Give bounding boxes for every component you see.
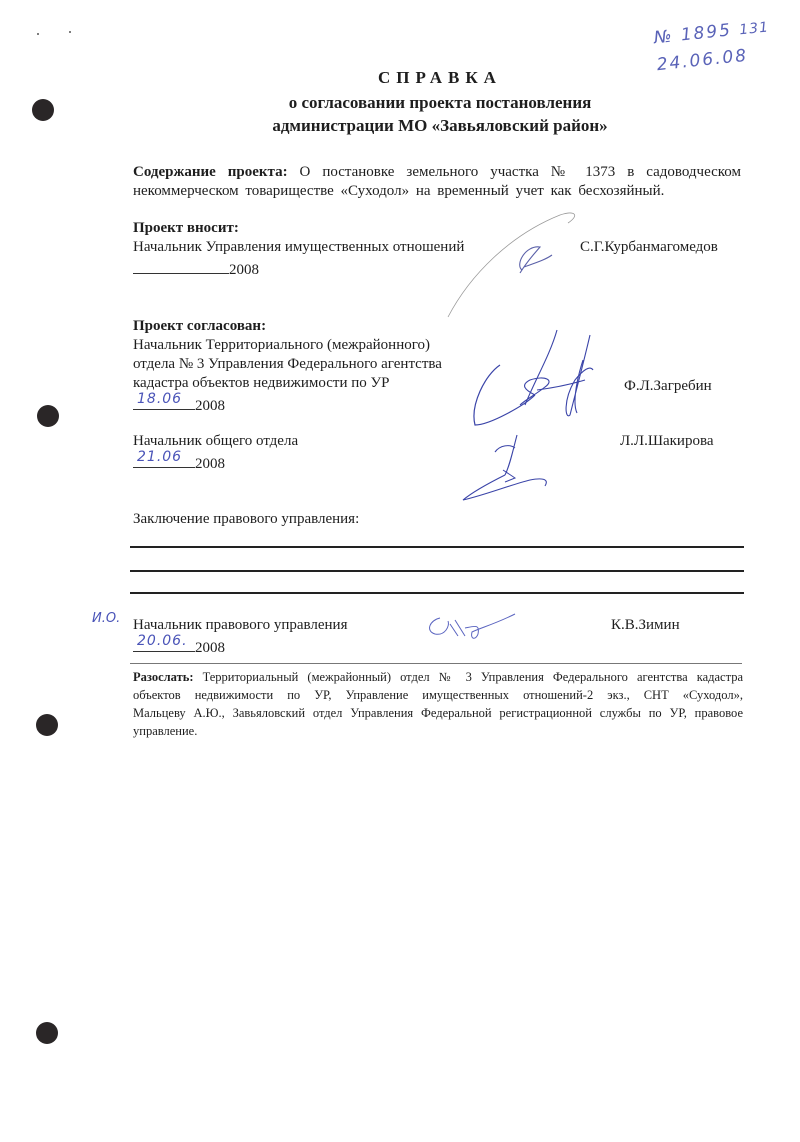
reg-sub-number: 131 [739,19,770,38]
legal-head-date: 20.06.2008 [133,635,225,658]
project-content-label: Содержание проекта: [133,164,288,180]
signature-shakirova [455,430,565,510]
submitted-by-name: С.Г.Курбанмагомедов [580,238,718,257]
project-content-line1: О постановке земельного участка № 1373 в… [300,164,741,180]
punch-hole [36,714,58,736]
signature-kurbanmagomedov [440,205,590,325]
scan-speck [37,33,39,35]
blank-line [130,570,744,572]
date-year: 2008 [195,456,225,472]
scan-speck [69,31,71,33]
approved-label: Проект согласован: [133,317,266,336]
blank-line [130,546,744,548]
approver2-name: Л.Л.Шакирова [620,432,714,451]
punch-hole [36,1022,58,1044]
date-blank: 18.06 [133,393,195,410]
acting-margin-note: И.О. [92,611,120,626]
document-heading: СПРАВКА [0,68,800,88]
approver2-date: 21.062008 [133,451,225,474]
document-subtitle-line1: о согласовании проекта постановления [0,93,800,113]
legal-conclusion-label: Заключение правового управления: [133,510,359,529]
punch-hole [37,405,59,427]
document-subtitle-line2: администрации МО «Завьяловский район» [0,116,800,136]
project-content: Содержание проекта: О постановке земельн… [133,163,741,182]
date-year: 2008 [195,398,225,414]
date-year: 2008 [195,640,225,656]
date-year: 2008 [229,262,259,278]
submitted-by-date: 2008 [133,257,259,280]
date-blank: 20.06. [133,635,195,652]
approver1-date: 18.062008 [133,393,225,416]
distribution-label: Разослать: [133,670,194,684]
approver1-position-line2: отдела № 3 Управления Федерального агент… [133,355,442,374]
reg-number: 1895 [680,20,733,45]
distribution-list: Разослать: Территориальный (межрайонный)… [133,668,743,740]
separator-line [130,663,742,664]
approver1-name: Ф.Л.Загребин [624,377,712,396]
legal-head-name: К.В.Зимин [611,616,680,635]
signature-zagrebin [465,325,625,435]
project-content-line2: некоммерческом товариществе «Суходол» на… [133,182,664,201]
submitted-by-label: Проект вносит: [133,219,239,238]
reg-number-prefix: № [653,26,675,48]
submitted-by-position: Начальник Управления имущественных отнош… [133,238,464,257]
date-blank [133,257,229,274]
blank-line [130,592,744,594]
approver1-position-line1: Начальник Территориального (межрайонного… [133,336,430,355]
date-blank: 21.06 [133,451,195,468]
signature-zimin [420,606,520,646]
